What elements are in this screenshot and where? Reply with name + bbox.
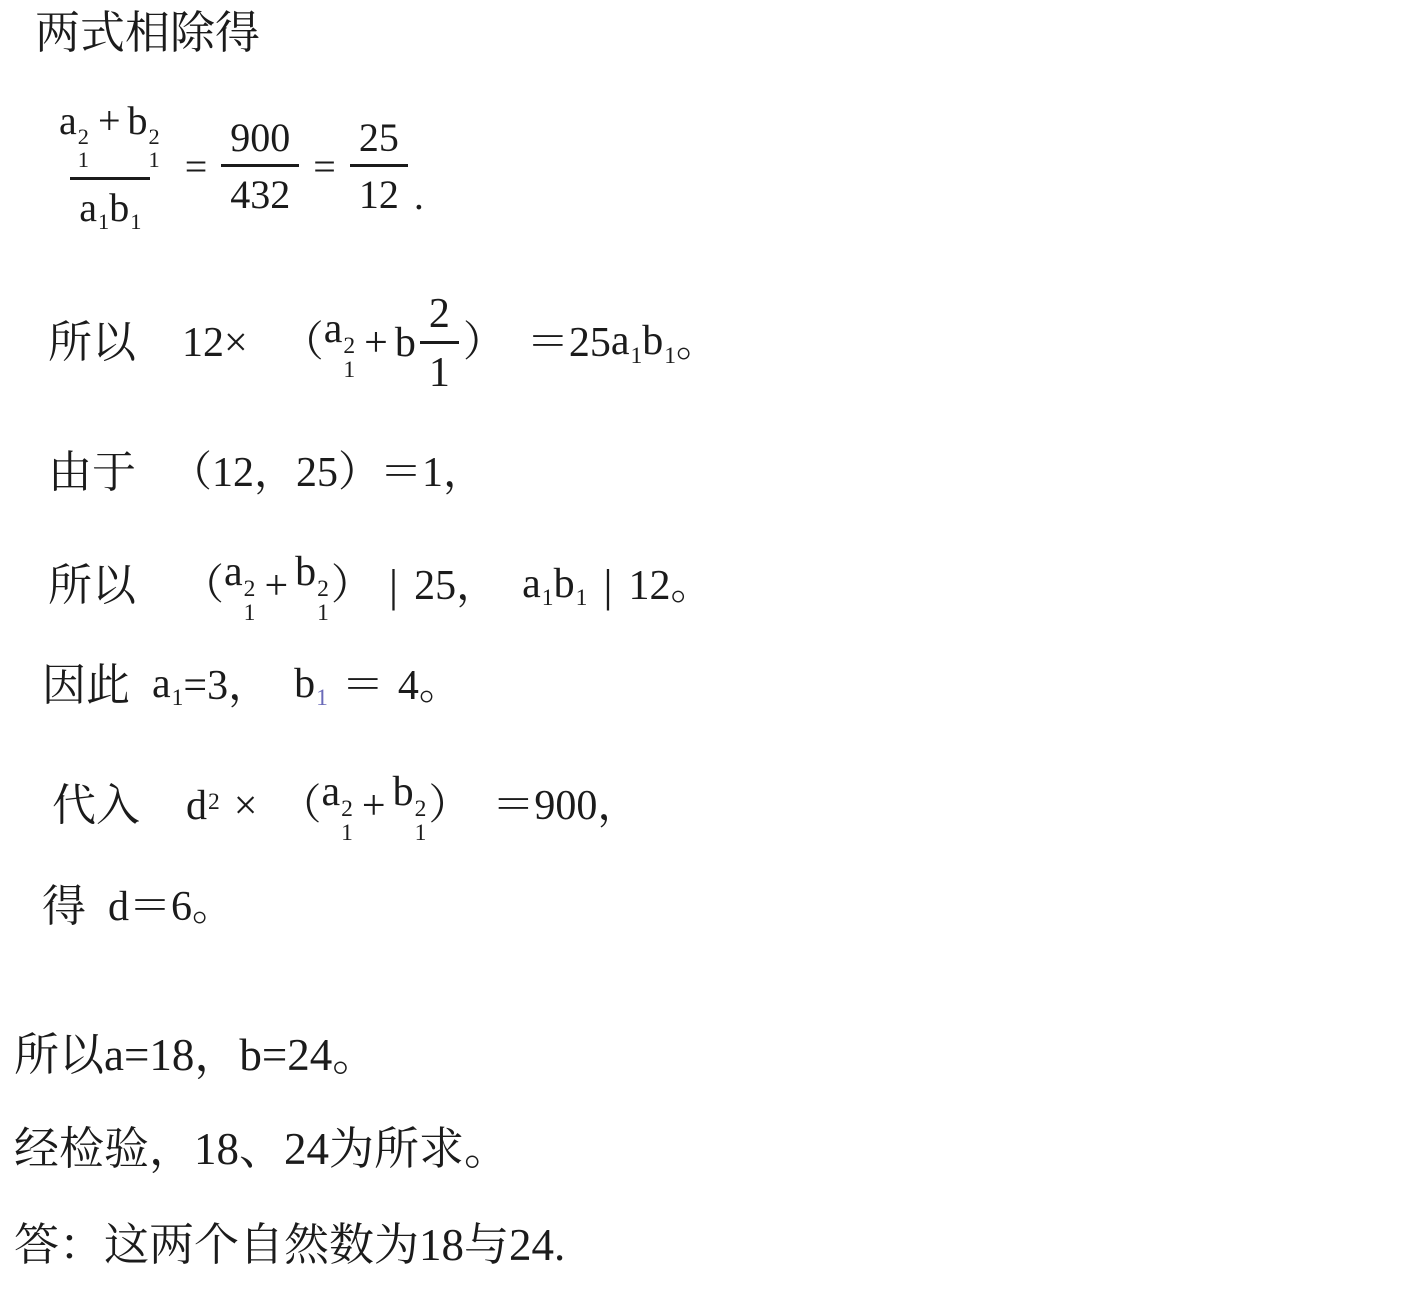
a-superscript: 2 — [78, 126, 89, 149]
term-b1-squared: b21 — [393, 768, 429, 845]
right-paren: ） — [331, 562, 373, 610]
b-subscript: 1 — [415, 821, 427, 845]
var-a: a — [321, 769, 340, 815]
conclusion-text: 所以a=18，b=24。 — [14, 1030, 377, 1082]
var-d: d — [186, 783, 207, 829]
plus-operator: + — [264, 562, 288, 610]
var-a: a — [611, 318, 630, 364]
equals-operator: = — [185, 144, 208, 190]
var-b: b — [294, 661, 315, 707]
multiply-step-line: 所以 12 × （ a21 + b 2 1 ） ＝ 25 a1 b1 。 — [48, 292, 718, 395]
times-operator: × — [224, 319, 248, 367]
step-prefix: 由于 — [48, 448, 136, 499]
a-subscript: 1 — [98, 209, 109, 234]
fraction-denominator: 12 — [350, 164, 408, 216]
b-superscript: 2 — [317, 577, 329, 601]
fraction-25-12: 25 12 — [350, 117, 408, 216]
conclusion-line: 所以a=18，b=24。 — [14, 1030, 377, 1082]
term-a1: a1 — [522, 560, 553, 612]
term-b1: b1 — [642, 317, 676, 369]
answer-text: 答：这两个自然数为18与24. — [14, 1220, 565, 1272]
a-equals-3: =3， — [183, 662, 270, 710]
equals-operator: ＝ — [492, 782, 534, 830]
verification-text: 经检验，18、24为所求。 — [14, 1124, 509, 1176]
term-b1: b1 — [554, 560, 588, 612]
gcd-step-line: 由于 （12，25）＝1， — [48, 448, 485, 499]
coefficient-12: 12 — [182, 319, 224, 367]
var-a: a — [59, 98, 77, 143]
step-prefix: 所以 — [48, 561, 136, 612]
var-a: a — [522, 561, 541, 607]
d-value-6: 6。 — [171, 883, 234, 931]
a-subscript: 1 — [78, 149, 89, 172]
fraction-2-1: 2 1 — [420, 292, 459, 395]
term-d-squared: d2 — [186, 782, 220, 830]
supsub-a: 21 — [341, 797, 353, 845]
term-a1-squared: a21 — [324, 305, 357, 382]
right-paren: ） — [463, 319, 505, 367]
step-prefix: 所以 — [48, 318, 136, 369]
left-paren: （ — [282, 319, 324, 367]
values-step-line: 因此 a1 =3， b1 ＝ 4。 — [42, 660, 461, 712]
gcd-expression: （12，25）＝1， — [170, 449, 485, 497]
plus-operator: + — [362, 782, 386, 830]
a-superscript: 2 — [343, 334, 355, 358]
term-a1: a1 — [152, 660, 183, 712]
term-a1: a1 — [611, 317, 642, 369]
equals-operator: ＝ — [342, 662, 384, 710]
intro-line: 两式相除得 — [35, 8, 260, 60]
fraction-numerator: 900 — [221, 117, 299, 164]
a-subscript: 1 — [631, 343, 643, 369]
var-d: d — [108, 883, 129, 931]
supsub-a: 21 — [343, 334, 355, 382]
b-superscript: 2 — [149, 126, 160, 149]
verification-line: 经检验，18、24为所求。 — [14, 1124, 509, 1176]
a-subscript: 1 — [542, 585, 554, 611]
a-subscript: 1 — [172, 685, 184, 711]
b-value-4: 4。 — [398, 662, 461, 710]
term-b1-squared: b21 — [295, 548, 331, 625]
term-a1-squared: a21 — [224, 548, 257, 625]
times-operator: × — [234, 782, 258, 830]
answer-line: 答：这两个自然数为18与24. — [14, 1220, 565, 1272]
fraction-denominator: 1 — [420, 341, 459, 395]
intro-text: 两式相除得 — [35, 8, 260, 60]
var-b: b — [642, 318, 663, 364]
b-subscript: 1 — [317, 601, 329, 625]
a-subscript: 1 — [244, 601, 256, 625]
var-a: a — [79, 185, 97, 230]
coefficient-25: 25 — [569, 319, 611, 367]
var-b: b — [393, 769, 414, 815]
ratio-equation: a21+b21 a1b1 = 900 432 = 25 12 . — [46, 100, 424, 233]
d-superscript: 2 — [208, 789, 220, 815]
b-subscript: 1 — [149, 149, 160, 172]
equals-operator: = — [313, 144, 336, 190]
term-a1-squared: a21 — [321, 768, 354, 845]
divides-bar: | — [389, 560, 398, 613]
b-subscript: 1 — [664, 343, 676, 369]
fraction-lhs-denominator: a1b1 — [70, 177, 150, 233]
number-12: 12。 — [629, 562, 713, 610]
var-a: a — [152, 661, 171, 707]
b-subscript: 1 — [576, 585, 588, 611]
equals-operator: ＝ — [129, 883, 171, 931]
period: . — [414, 173, 424, 233]
right-paren: ） — [428, 782, 470, 830]
supsub-a: 21 — [244, 577, 256, 625]
number-25: 25， — [414, 562, 498, 610]
fraction-numerator: 25 — [350, 117, 408, 164]
substitute-step-line: 代入 d2 × （ a21 + b21 ） ＝ 900， — [52, 768, 639, 845]
step-prefix: 得 — [42, 882, 86, 933]
plus-operator: + — [98, 98, 121, 143]
supsub-b: 21 — [149, 126, 160, 172]
var-b: b — [295, 549, 316, 595]
supsub-a: 21 — [78, 126, 89, 172]
left-paren: （ — [182, 562, 224, 610]
var-b: b — [554, 561, 575, 607]
fraction-numerator: 2 — [420, 292, 459, 341]
document-page: 两式相除得 a21+b21 a1b1 = 900 432 = 25 12 . 所… — [0, 0, 1408, 1296]
a-subscript: 1 — [343, 358, 355, 382]
a-superscript: 2 — [244, 577, 256, 601]
fraction-lhs: a21+b21 a1b1 — [50, 100, 171, 233]
supsub-b: 21 — [415, 797, 427, 845]
b-subscript: 1 — [316, 685, 328, 711]
var-a: a — [324, 306, 343, 352]
step-prefix: 因此 — [42, 661, 130, 712]
b-superscript: 2 — [415, 797, 427, 821]
var-a: a — [224, 549, 243, 595]
step-prefix: 代入 — [52, 781, 140, 832]
fraction-denominator: 432 — [221, 164, 299, 216]
result-900: 900， — [534, 782, 639, 830]
plus-operator: + — [364, 319, 388, 367]
term-b1: b1 — [294, 660, 328, 712]
var-b: b — [109, 185, 129, 230]
full-stop: 。 — [676, 319, 718, 367]
left-paren: （ — [279, 782, 321, 830]
divides-bar: | — [603, 560, 612, 613]
b-subscript: 1 — [130, 209, 141, 234]
d-result-line: 得 d ＝ 6。 — [42, 882, 234, 933]
supsub-b: 21 — [317, 577, 329, 625]
fraction-900-432: 900 432 — [221, 117, 299, 216]
divides-step-line: 所以 （ a21 + b21 ） | 25， a1 b1 | 12。 — [48, 548, 713, 625]
a-superscript: 2 — [341, 797, 353, 821]
fraction-lhs-numerator: a21+b21 — [50, 100, 171, 177]
equals-operator: ＝ — [527, 319, 569, 367]
a-subscript: 1 — [341, 821, 353, 845]
var-b: b — [395, 319, 416, 367]
var-b: b — [128, 98, 148, 143]
